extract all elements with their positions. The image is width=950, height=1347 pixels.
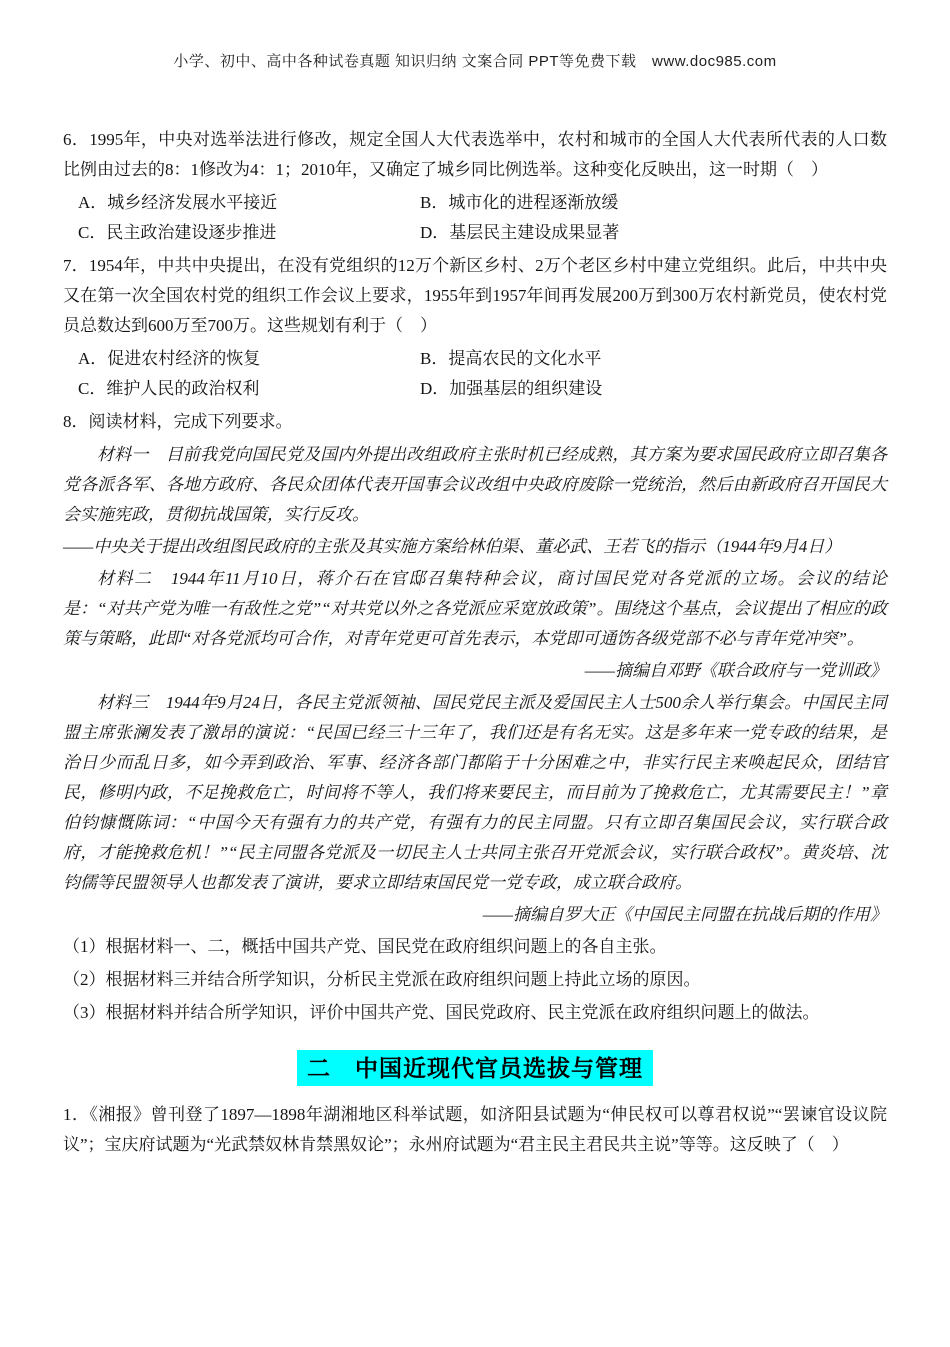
site-header-text: 小学、初中、高中各种试卷真题 知识归纳 文案合同 PPT等免费下载 www.do… <box>0 0 950 71</box>
question-8-material-2: 材料二 1944年11月10日，蒋介石在官邸召集特种会议，商讨国民党对各党派的立… <box>63 564 887 654</box>
question-8-subquestion-2: （2）根据材料三并结合所学知识，分析民主党派在政府组织问题上持此立场的原因。 <box>63 965 887 995</box>
question-7-option-a: A．促进农村经济的恢复 <box>78 344 420 374</box>
option-row: A．促进农村经济的恢复 B．提高农民的文化水平 <box>78 344 887 374</box>
question-6-option-b: B．城市化的进程逐渐放缓 <box>420 188 887 218</box>
exam-paper-body: 6．1995年，中央对选举法进行修改，规定全国人大代表选举中，农村和城市的全国人… <box>63 125 887 1160</box>
question-8-subquestion-1: （1）根据材料一、二，概括中国共产党、国民党在政府组织问题上的各自主张。 <box>63 932 887 962</box>
question-6-options: A．城乡经济发展水平接近 B．城市化的进程逐渐放缓 C．民主政治建设逐步推进 D… <box>63 188 887 248</box>
question-7-option-b: B．提高农民的文化水平 <box>420 344 887 374</box>
option-row: C．维护人民的政治权利 D．加强基层的组织建设 <box>78 374 887 404</box>
question-8-material-3: 材料三 1944年9月24日，各民主党派领袖、国民党民主派及爱国民主人士500余… <box>63 688 887 898</box>
question-8-source-1: ——中央关于提出改组图民政府的主张及其实施方案给林伯渠、董必武、王若飞的指示（1… <box>63 532 887 562</box>
section-2-question-1-stem: 1．《湘报》曾刊登了1897—1898年湖湘地区科举试题，如济阳县试题为“伸民权… <box>63 1100 887 1160</box>
question-8-material-1: 材料一 目前我党向国民党及国内外提出改组政府主张时机已经成熟，其方案为要求国民政… <box>63 440 887 530</box>
question-8-source-2: ——摘编自邓野《联合政府与一党训政》 <box>63 656 887 686</box>
option-row: A．城乡经济发展水平接近 B．城市化的进程逐渐放缓 <box>78 188 887 218</box>
question-7-options: A．促进农村经济的恢复 B．提高农民的文化水平 C．维护人民的政治权利 D．加强… <box>63 344 887 404</box>
question-7-option-c: C．维护人民的政治权利 <box>78 374 420 404</box>
question-8-lead: 8．阅读材料，完成下列要求。 <box>63 407 887 437</box>
question-6-option-a: A．城乡经济发展水平接近 <box>78 188 420 218</box>
question-8-subquestion-3: （3）根据材料并结合所学知识，评价中国共产党、国民党政府、民主党派在政府组织问题… <box>63 998 887 1028</box>
question-7-stem: 7．1954年，中共中央提出，在没有党组织的12万个新区乡村、2万个老区乡村中建… <box>63 251 887 341</box>
question-8-source-3: ——摘编自罗大正《中国民主同盟在抗战后期的作用》 <box>63 900 887 930</box>
question-6-option-c: C．民主政治建设逐步推进 <box>78 218 420 248</box>
section-2-heading: 二 中国近现代官员选拔与管理 <box>63 1050 887 1086</box>
section-title-highlight: 二 中国近现代官员选拔与管理 <box>297 1050 653 1086</box>
question-7-option-d: D．加强基层的组织建设 <box>420 374 887 404</box>
question-6-stem: 6．1995年，中央对选举法进行修改，规定全国人大代表选举中，农村和城市的全国人… <box>63 125 887 185</box>
option-row: C．民主政治建设逐步推进 D．基层民主建设成果显著 <box>78 218 887 248</box>
question-6-option-d: D．基层民主建设成果显著 <box>420 218 887 248</box>
